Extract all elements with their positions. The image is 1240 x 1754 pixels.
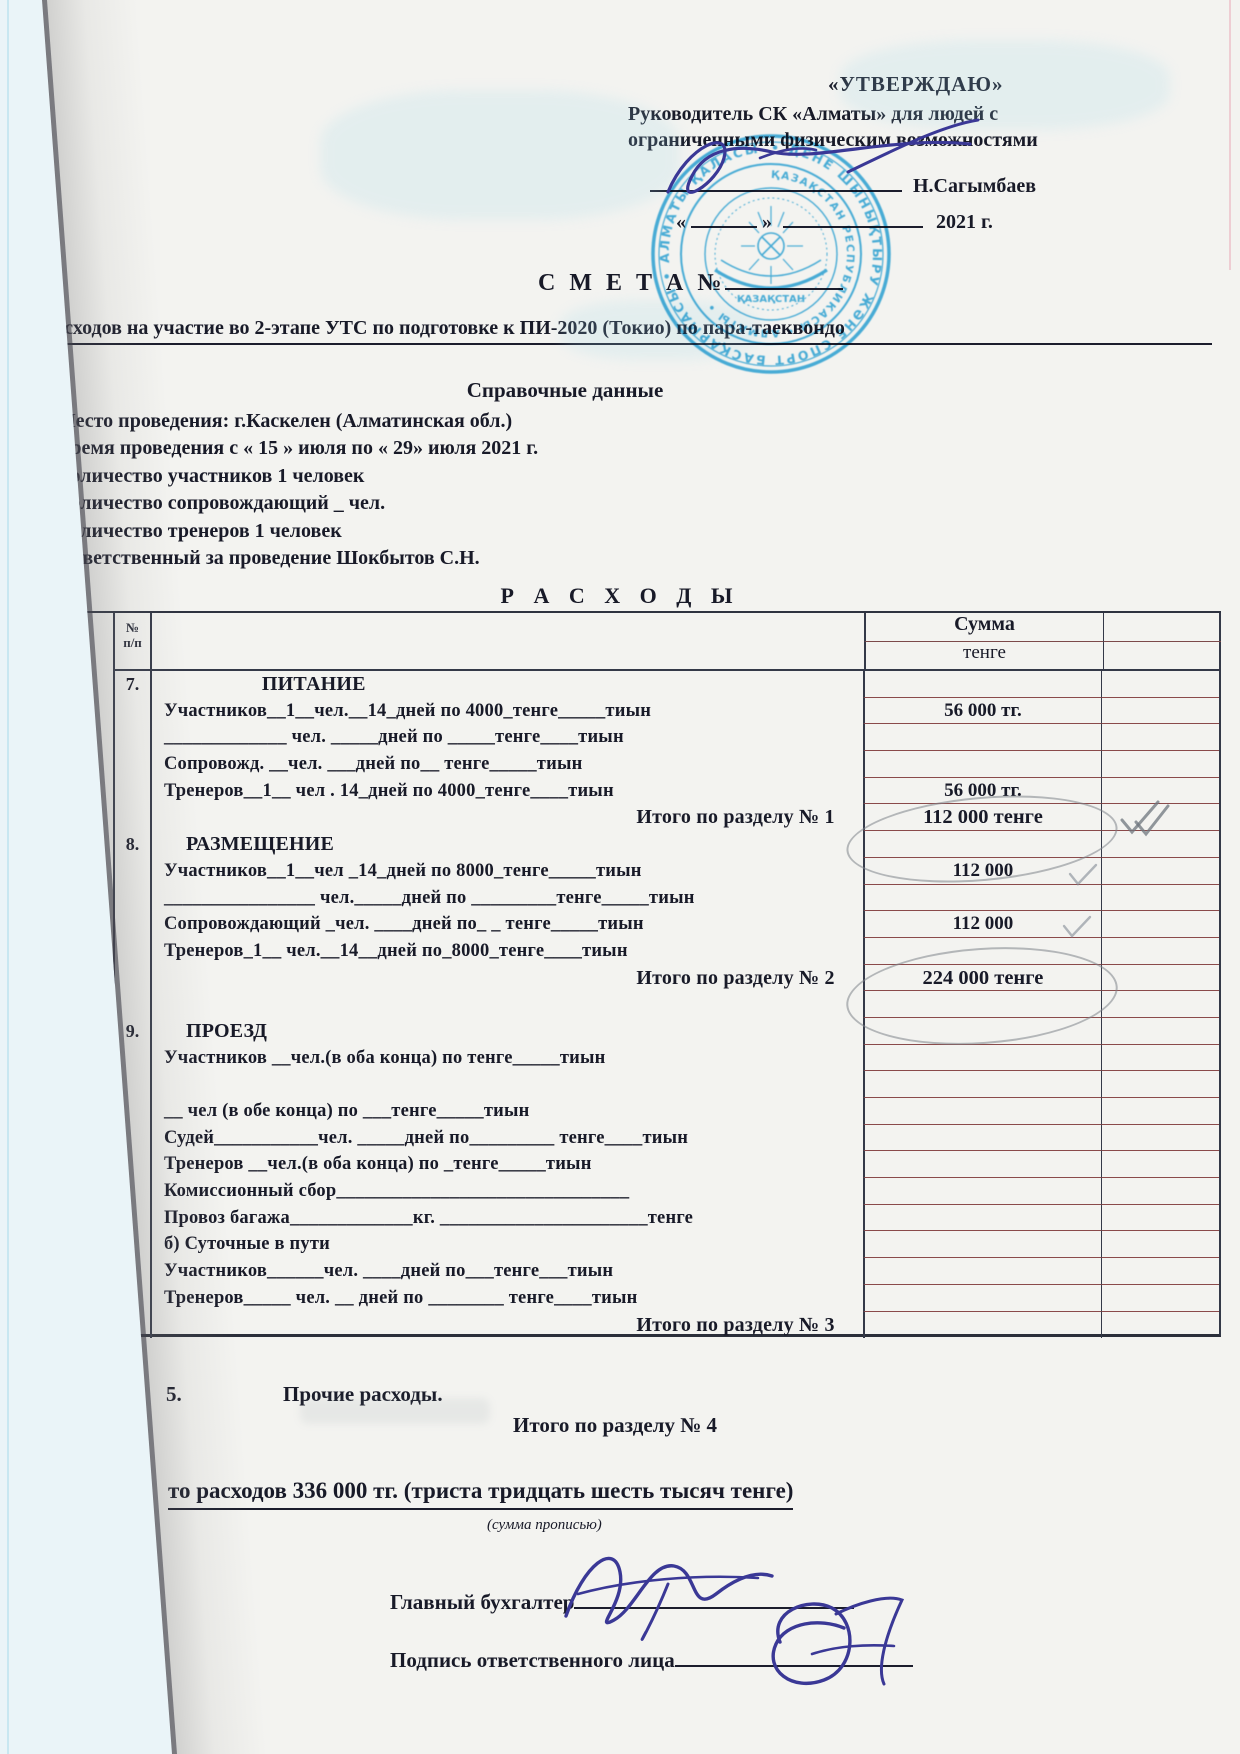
col-header-sum: Сумма bbox=[864, 613, 1103, 642]
row-sum bbox=[863, 724, 1102, 751]
pencil-checkmark-icon bbox=[1114, 796, 1172, 840]
row-sum bbox=[863, 1071, 1102, 1098]
row-extra bbox=[1101, 1151, 1219, 1178]
table-row: Судей___________чел. _____дней по_______… bbox=[115, 1125, 1219, 1152]
row-text: Тренеров_____ чел. __ дней по ________ т… bbox=[152, 1285, 863, 1312]
row-text: ________________ чел._____дней по ______… bbox=[152, 885, 863, 912]
row-sum bbox=[863, 1258, 1102, 1285]
row-extra bbox=[1101, 1231, 1219, 1258]
table-row: Сопровожд. __чел. ___дней по__ тенге____… bbox=[115, 751, 1219, 778]
expenses-heading: Р А С Х О Д Ы bbox=[0, 583, 1240, 609]
row-extra bbox=[1101, 724, 1219, 751]
row-extra bbox=[1101, 885, 1219, 912]
table-row: Комиссионный сбор_______________________… bbox=[115, 1178, 1219, 1205]
row-text: _____________ чел. _____дней по _____тен… bbox=[152, 724, 863, 751]
row-sum bbox=[863, 1045, 1102, 1072]
row-text: Участников______чел. ____дней по___тенге… bbox=[152, 1258, 863, 1285]
director-signature-ink bbox=[640, 100, 1020, 230]
row-text: ПРОЕЗД bbox=[152, 1018, 863, 1045]
row-text: Тренеров __чел.(в оба конца) по _тенге__… bbox=[152, 1151, 863, 1178]
bleedthrough-smudge bbox=[320, 90, 680, 220]
row-sum bbox=[863, 1125, 1102, 1152]
row-sum bbox=[863, 1098, 1102, 1125]
table-row: Тренеров_____ чел. __ дней по ________ т… bbox=[115, 1285, 1219, 1312]
row-sum bbox=[863, 671, 1102, 698]
row-text: Судей___________чел. _____дней по_______… bbox=[152, 1125, 863, 1152]
table-row: Тренеров __чел.(в оба конца) по _тенге__… bbox=[115, 1151, 1219, 1178]
row-sum bbox=[863, 1178, 1102, 1205]
row-extra bbox=[1101, 1178, 1219, 1205]
grand-total-line: то расходов 336 000 тг. (триста тридцать… bbox=[168, 1478, 793, 1510]
row-extra bbox=[1101, 858, 1219, 885]
row-sum bbox=[863, 1205, 1102, 1232]
table-row-subtotal: Итого по разделу № 3 bbox=[115, 1312, 1219, 1339]
chief-accountant-label: Главный бухгалтер bbox=[390, 1590, 574, 1614]
row-text: Участников__1__чел.__14_дней по 4000_тен… bbox=[152, 698, 863, 725]
col-header-empty bbox=[1103, 642, 1221, 669]
row-extra bbox=[1101, 1125, 1219, 1152]
row-extra bbox=[1101, 698, 1219, 725]
pencil-checkmark-icon bbox=[1060, 914, 1094, 940]
responsible-signature-ink bbox=[716, 1584, 946, 1704]
row-sum: 56 000 тг. bbox=[863, 698, 1102, 725]
row-text: Итого по разделу № 3 bbox=[152, 1312, 863, 1339]
row-text: Тренеров_1__ чел.__14__дней по_8000_тенг… bbox=[152, 938, 863, 965]
col-header-empty bbox=[1103, 613, 1221, 642]
pencil-checkmark-icon bbox=[1066, 862, 1100, 888]
scan-artifact bbox=[7, 0, 9, 1754]
table-row: ________________ чел._____дней по ______… bbox=[115, 885, 1219, 912]
row-extra bbox=[1101, 1018, 1219, 1045]
row-text: РАЗМЕЩЕНИЕ bbox=[152, 831, 863, 858]
reference-heading: Справочные данные bbox=[0, 378, 1130, 403]
row-extra bbox=[1101, 671, 1219, 698]
table-row: Участников______чел. ____дней по___тенге… bbox=[115, 1258, 1219, 1285]
subtotal-section4: Итого по разделу № 4 bbox=[513, 1413, 717, 1438]
row-text bbox=[152, 1071, 863, 1098]
row-extra bbox=[1101, 1312, 1219, 1339]
bleedthrough-smudge bbox=[300, 1398, 490, 1424]
col-header-currency: тенге bbox=[864, 642, 1103, 669]
row-sum bbox=[863, 751, 1102, 778]
row-text: б) Суточные в пути bbox=[152, 1231, 863, 1258]
row-sum bbox=[863, 1312, 1102, 1339]
row-text: Провоз багажа_____________кг. __________… bbox=[152, 1205, 863, 1232]
row-text: Итого по разделу № 2 bbox=[152, 965, 863, 992]
row-extra bbox=[1101, 1045, 1219, 1072]
table-row: Участников__1__чел.__14_дней по 4000_тен… bbox=[115, 698, 1219, 725]
row-extra bbox=[1101, 911, 1219, 938]
table-row: Участников __чел.(в оба конца) по тенге_… bbox=[115, 1045, 1219, 1072]
row-text: Итого по разделу № 1 bbox=[152, 804, 863, 831]
row-text: Участников__1__чел _14_дней по 8000_тенг… bbox=[152, 858, 863, 885]
table-row: б) Суточные в пути bbox=[115, 1231, 1219, 1258]
row-sum bbox=[863, 1285, 1102, 1312]
table-row: _____________ чел. _____дней по _____тен… bbox=[115, 724, 1219, 751]
row-extra bbox=[1101, 751, 1219, 778]
row-text: Тренеров__1__ чел . 14_дней по 4000_тенг… bbox=[152, 778, 863, 805]
row-text: Сопровождающий _чел. ____дней по_ _ тенг… bbox=[152, 911, 863, 938]
row-text: ПИТАНИЕ bbox=[152, 671, 863, 698]
row-text: Сопровожд. __чел. ___дней по__ тенге____… bbox=[152, 751, 863, 778]
scan-artifact bbox=[1229, 0, 1231, 270]
row-extra bbox=[1101, 1285, 1219, 1312]
row-extra bbox=[1101, 1071, 1219, 1098]
table-row: 7.ПИТАНИЕ bbox=[115, 671, 1219, 698]
table-row: Провоз багажа_____________кг. __________… bbox=[115, 1205, 1219, 1232]
row-extra bbox=[1101, 991, 1219, 1018]
row-text: Участников __чел.(в оба конца) по тенге_… bbox=[152, 1045, 863, 1072]
row-sum bbox=[863, 885, 1102, 912]
row-extra bbox=[1101, 938, 1219, 965]
table-header: № п/п Сумма тенге bbox=[115, 613, 1219, 671]
row-extra bbox=[1101, 1205, 1219, 1232]
table-row: Сопровождающий _чел. ____дней по_ _ тенг… bbox=[115, 911, 1219, 938]
stamp-center-label: ҚАЗАҚСТАН bbox=[737, 294, 805, 305]
row-text bbox=[152, 991, 863, 1018]
row-extra bbox=[1101, 1258, 1219, 1285]
row-extra bbox=[1101, 965, 1219, 992]
table-row: __ чел (в обе конца) по ___тенге_____тиы… bbox=[115, 1098, 1219, 1125]
table-row bbox=[115, 1071, 1219, 1098]
row-extra bbox=[1101, 1098, 1219, 1125]
row-sum bbox=[863, 1231, 1102, 1258]
row-text: __ чел (в обе конца) по ___тенге_____тиы… bbox=[152, 1098, 863, 1125]
row-text: Комиссионный сбор_______________________… bbox=[152, 1178, 863, 1205]
row-sum bbox=[863, 1151, 1102, 1178]
